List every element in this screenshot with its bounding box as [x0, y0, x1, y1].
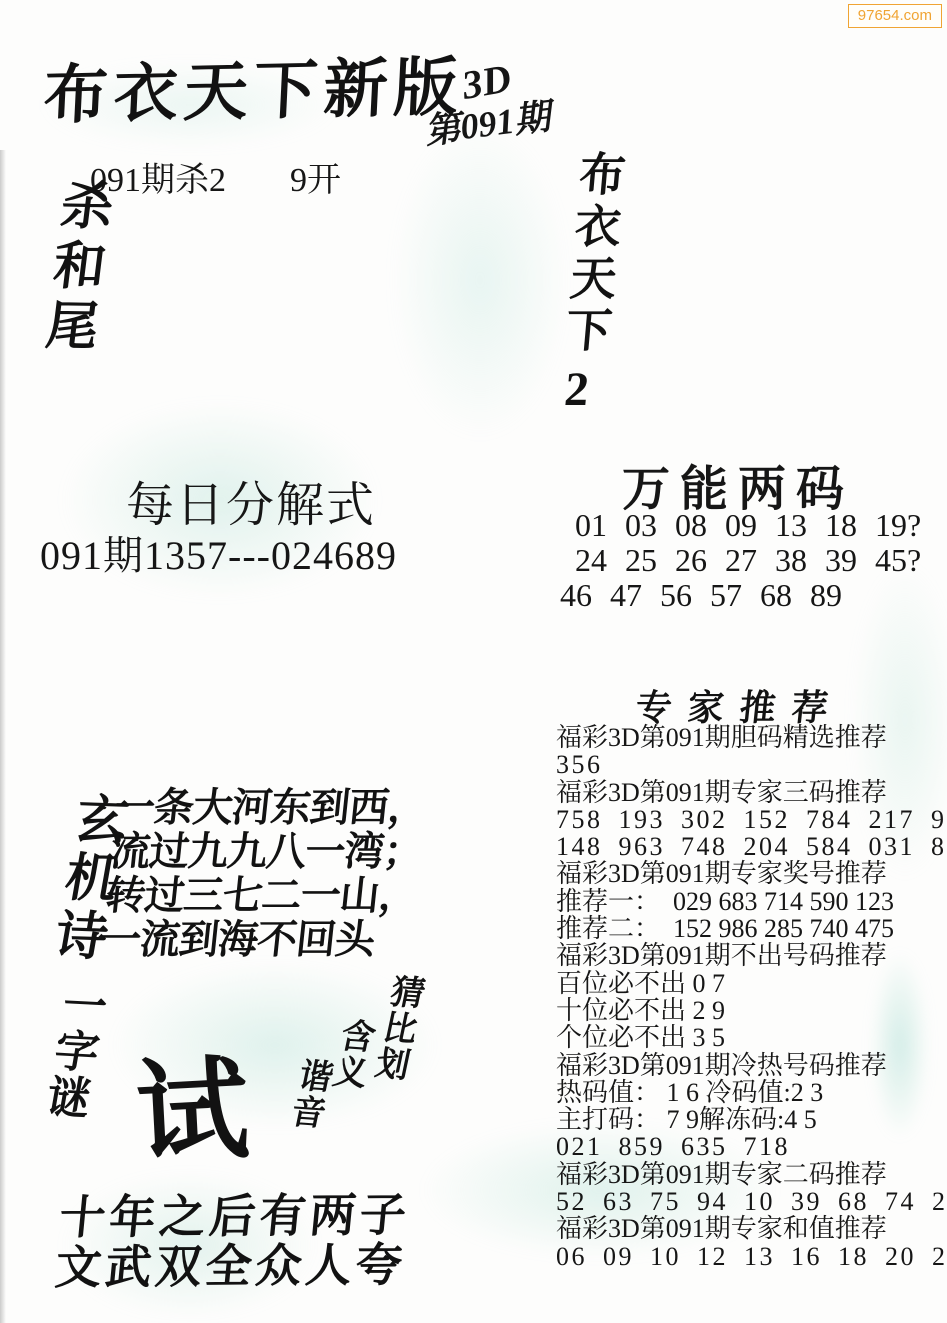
site-watermark-badge: 97654.com	[848, 4, 942, 28]
expert-line: 个位必不出 3 5	[556, 1024, 944, 1051]
number-cell: 08	[675, 508, 707, 543]
number-cell: 03	[625, 508, 657, 543]
expert-line: 06 09 10 12 13 16 18 20 23	[556, 1243, 944, 1270]
two-codes-row: 01 03 08 09 13 18 19?	[575, 508, 921, 543]
expert-line: 十位必不出 2 9	[556, 997, 944, 1024]
number-cell: 24	[575, 543, 607, 578]
poem-line: 一流到海不回头	[99, 918, 416, 962]
number-cell: 39	[825, 543, 857, 578]
expert-line: 推荐二： 152 986 285 740 475	[556, 915, 944, 942]
number-cell: 57	[710, 578, 742, 613]
poem-line: 流过九九八一湾；	[108, 830, 425, 874]
expert-line: 福彩3D第091期胆码精选推荐	[556, 724, 944, 751]
word-riddle-hint: 谐音	[277, 1056, 341, 1131]
word-riddle-label: 一字谜	[28, 980, 116, 1121]
expert-recommendations-body: 福彩3D第091期胆码精选推荐 356 福彩3D第091期专家三码推荐 758 …	[556, 724, 944, 1270]
number-cell: 68	[760, 578, 792, 613]
number-cell: 38	[775, 543, 807, 578]
number-cell: 13	[775, 508, 807, 543]
expert-line: 福彩3D第091期专家二码推荐	[556, 1161, 944, 1188]
number-cell: 46	[560, 578, 592, 613]
brand-column: 布衣天下 2	[544, 150, 633, 417]
kill-announcement: 091期杀2 9开	[90, 152, 341, 201]
number-cell: 47	[610, 578, 642, 613]
number-cell: 89	[810, 578, 842, 613]
number-cell: 01	[575, 508, 607, 543]
number-cell: 45?	[875, 543, 921, 578]
expert-line: 主打码： 7 9解冻码:4 5	[556, 1106, 944, 1133]
kill-sum-tail-column: 杀和尾	[25, 177, 122, 358]
poem-line: 一条大河东到西，	[113, 786, 430, 830]
brand-column-number: 2	[562, 362, 597, 417]
number-cell: 18	[825, 508, 857, 543]
two-codes-row: 24 25 26 27 38 39 45?	[575, 543, 921, 578]
number-cell: 25	[625, 543, 657, 578]
expert-line: 百位必不出 0 7	[556, 970, 944, 997]
expert-line: 52 63 75 94 10 39 68 74 29	[556, 1188, 944, 1215]
bottom-verse-line: 文武双全众人夸	[53, 1228, 410, 1297]
expert-line: 热码值： 1 6 冷码值:2 3	[556, 1079, 944, 1106]
brand-column-text: 布衣天下	[549, 150, 633, 358]
expert-line: 推荐一： 029 683 714 590 123	[556, 888, 944, 915]
main-title: 布衣天下新版	[42, 36, 466, 137]
expert-line: 福彩3D第091期专家奖号推荐	[556, 860, 944, 887]
number-cell: 19?	[875, 508, 921, 543]
daily-decomposition-line: 091期1357---024689	[40, 524, 397, 581]
expert-line: 356	[556, 751, 944, 778]
expert-line: 福彩3D第091期专家三码推荐	[556, 779, 944, 806]
number-cell: 26	[675, 543, 707, 578]
expert-line: 758 193 302 152 784 217 903	[556, 806, 944, 833]
number-cell: 09	[725, 508, 757, 543]
expert-line: 福彩3D第091期不出号码推荐	[556, 942, 944, 969]
two-codes-row: 46 47 56 57 68 89	[560, 578, 921, 613]
kill-announcement-right: 9开	[290, 152, 341, 201]
expert-line: 福彩3D第091期专家和值推荐	[556, 1215, 944, 1242]
number-cell: 27	[725, 543, 757, 578]
mystery-poem-lines: 一条大河东到西， 流过九九八一湾； 转过三七二一山， 一流到海不回头	[99, 786, 429, 962]
universal-two-codes-grid: 01 03 08 09 13 18 19? 24 25 26 27 38 39 …	[558, 508, 921, 613]
scan-tint-blob	[390, 120, 570, 440]
poem-line: 转过三七二一山，	[103, 874, 420, 918]
expert-line: 福彩3D第091期冷热号码推荐	[556, 1052, 944, 1079]
scan-edge-shadow	[0, 150, 6, 1323]
expert-line: 148 963 748 204 584 031 871	[556, 833, 944, 860]
number-cell: 56	[660, 578, 692, 613]
expert-line: 021 859 635 718	[556, 1133, 944, 1160]
word-riddle-answer: 试	[132, 1019, 252, 1186]
lottery-sheet-page: 97654.com 布衣天下新版 3D 第091期 091期杀2 9开 杀和尾 …	[0, 0, 947, 1323]
